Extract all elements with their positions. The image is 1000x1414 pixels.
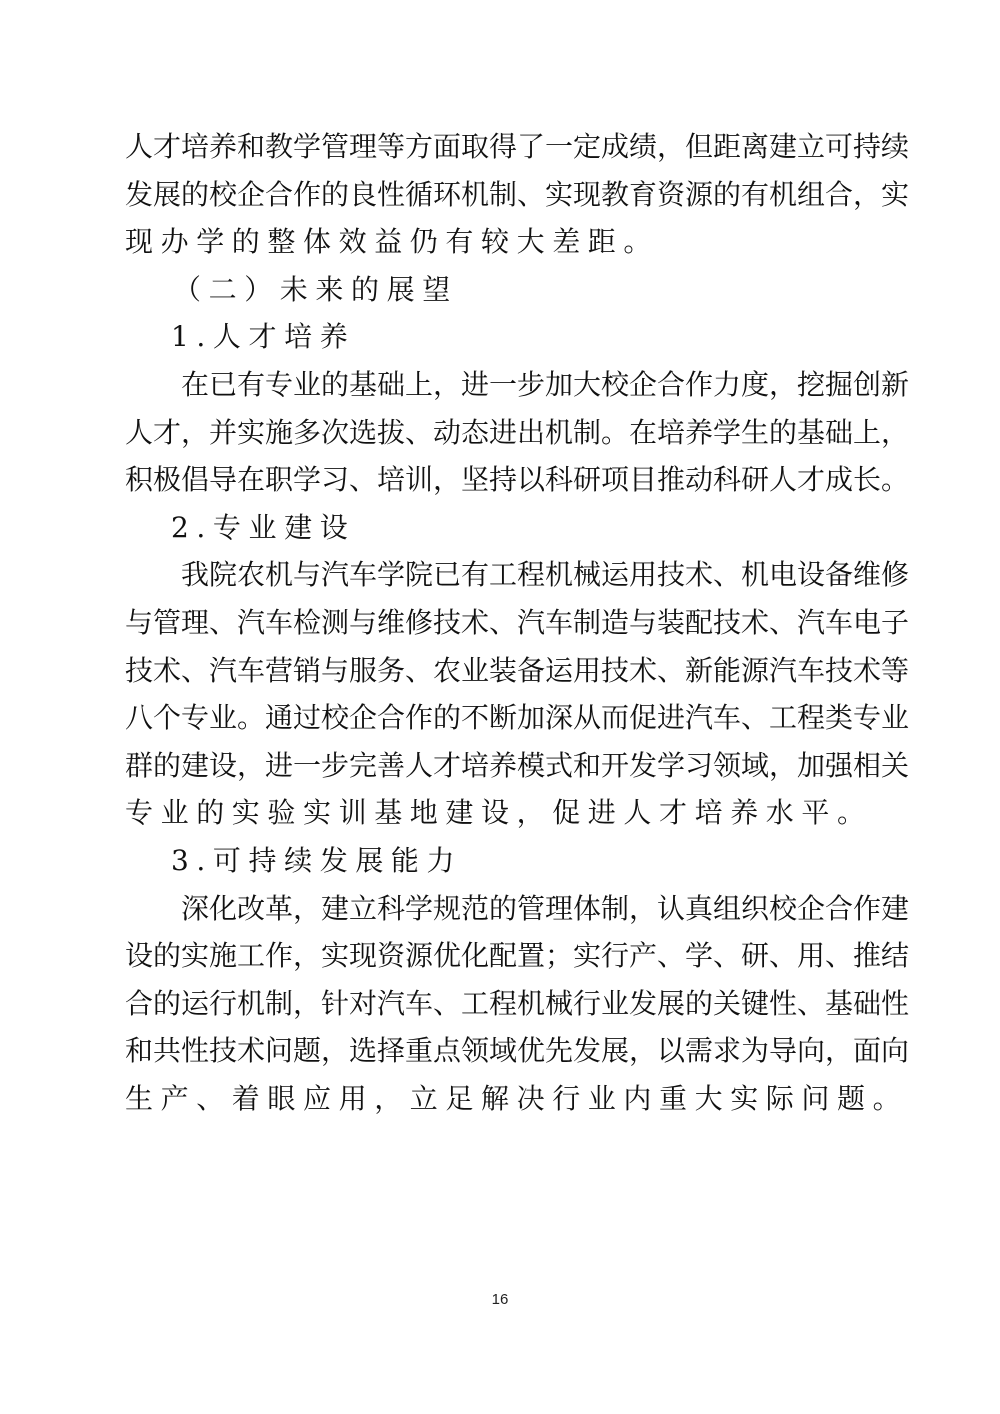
- text-line: 生产、着眼应用，立足解决行业内重大实际问题。: [125, 1075, 875, 1123]
- document-page: 人才培养和教学管理等方面取得了一定成绩，但距离建立可持续 发展的校企合作的良性循…: [0, 0, 1000, 1414]
- text-line: 和共性技术问题，选择重点领域优先发展，以需求为导向，面向: [125, 1027, 875, 1075]
- subheading-talent-cultivation: 1.人才培养: [125, 313, 875, 361]
- text-line: 专业的实验实训基地建设，促进人才培养水平。: [125, 789, 875, 837]
- paragraph-continued: 人才培养和教学管理等方面取得了一定成绩，但距离建立可持续 发展的校企合作的良性循…: [125, 123, 875, 266]
- text-line: 合的运行机制，针对汽车、工程机械行业发展的关键性、基础性: [125, 980, 875, 1028]
- document-body: 人才培养和教学管理等方面取得了一定成绩，但距离建立可持续 发展的校企合作的良性循…: [125, 123, 875, 1122]
- text-line: 八个专业。通过校企合作的不断加深从而促进汽车、工程类专业: [125, 694, 875, 742]
- text-line: 人才，并实施多次选拔、动态进出机制。在培养学生的基础上，: [125, 409, 875, 457]
- subheading-sustainable-development: 3.可持续发展能力: [125, 837, 875, 885]
- text-line: 人才培养和教学管理等方面取得了一定成绩，但距离建立可持续: [125, 123, 875, 171]
- text-line: 现办学的整体效益仍有较大差距。: [125, 218, 875, 266]
- text-line: 设的实施工作，实现资源优化配置；实行产、学、研、用、推结: [125, 932, 875, 980]
- text-line: 深化改革，建立科学规范的管理体制，认真组织校企合作建: [125, 885, 875, 933]
- page-number: 16: [0, 1291, 1000, 1308]
- text-line: 群的建设，进一步完善人才培养模式和开发学习领域，加强相关: [125, 742, 875, 790]
- text-line: 技术、汽车营销与服务、农业装备运用技术、新能源汽车技术等: [125, 647, 875, 695]
- text-line: 我院农机与汽车学院已有工程机械运用技术、机电设备维修: [125, 551, 875, 599]
- text-line: 积极倡导在职学习、培训，坚持以科研项目推动科研人才成长。: [125, 456, 875, 504]
- paragraph-talent-cultivation: 在已有专业的基础上，进一步加大校企合作力度，挖掘创新 人才，并实施多次选拔、动态…: [125, 361, 875, 504]
- paragraph-sustainable-development: 深化改革，建立科学规范的管理体制，认真组织校企合作建 设的实施工作，实现资源优化…: [125, 885, 875, 1123]
- paragraph-program-construction: 我院农机与汽车学院已有工程机械运用技术、机电设备维修 与管理、汽车检测与维修技术…: [125, 551, 875, 837]
- text-line: 在已有专业的基础上，进一步加大校企合作力度，挖掘创新: [125, 361, 875, 409]
- section-heading: （二）未来的展望: [125, 266, 875, 314]
- text-line: 与管理、汽车检测与维修技术、汽车制造与装配技术、汽车电子: [125, 599, 875, 647]
- subheading-program-construction: 2.专业建设: [125, 504, 875, 552]
- text-line: 发展的校企合作的良性循环机制、实现教育资源的有机组合，实: [125, 171, 875, 219]
